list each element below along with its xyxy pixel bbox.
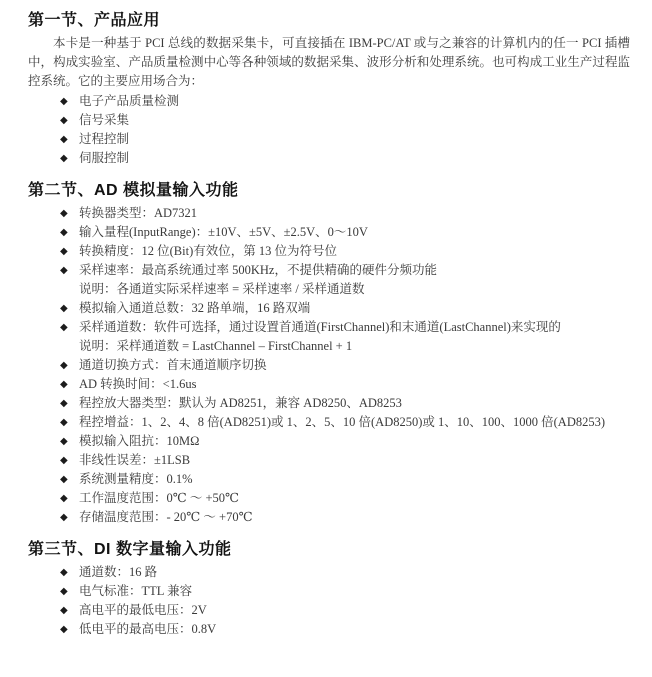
list-item-body: 电气标准：TTL 兼容 [79, 582, 630, 601]
document-section: 第二节、AD 模拟量输入功能 ◆ 转换器类型：AD7321 ◆ 输入量程(Inp… [28, 181, 630, 527]
diamond-bullet-icon: ◆ [60, 299, 79, 318]
list-item-body: 模拟输入阻抗：10MΩ [79, 432, 630, 451]
list-item: ◆ 系统测量精度：0.1% [60, 470, 630, 489]
diamond-bullet-icon: ◆ [60, 508, 79, 527]
list-item-body: 低电平的最高电压：0.8V [79, 620, 630, 639]
diamond-bullet-icon: ◆ [60, 432, 79, 451]
list-item-body: 过程控制 [79, 130, 630, 149]
diamond-bullet-icon: ◆ [60, 111, 79, 130]
list-item-text: 存储温度范围：- 20℃ ～ +70℃ [79, 508, 630, 527]
list-item-text: 过程控制 [79, 130, 630, 149]
list-item-text: 输入量程(InputRange)：±10V、±5V、±2.5V、0～10V [79, 223, 630, 242]
list-item-body: 高电平的最低电压：2V [79, 601, 630, 620]
list-item: ◆ 高电平的最低电压：2V [60, 601, 630, 620]
list-item-text: 信号采集 [79, 111, 630, 130]
list-item: ◆ 非线性误差：±1LSB [60, 451, 630, 470]
list-item-body: 系统测量精度：0.1% [79, 470, 630, 489]
list-item-body: 存储温度范围：- 20℃ ～ +70℃ [79, 508, 630, 527]
list-item-body: 转换精度：12 位(Bit)有效位，第 13 位为符号位 [79, 242, 630, 261]
list-item-body: 信号采集 [79, 111, 630, 130]
list-item-note: 说明：采样通道数 = LastChannel – FirstChannel + … [79, 337, 630, 356]
list-item: ◆ 信号采集 [60, 111, 630, 130]
bullet-list: ◆ 电子产品质量检测 ◆ 信号采集 ◆ 过程控制 ◆ 伺服控制 [28, 92, 630, 168]
diamond-bullet-icon: ◆ [60, 451, 79, 470]
section-intro-paragraph: 本卡是一种基于 PCI 总线的数据采集卡，可直接插在 IBM-PC/AT 或与之… [28, 34, 630, 90]
list-item-text: 工作温度范围：0℃ ～ +50℃ [79, 489, 630, 508]
diamond-bullet-icon: ◆ [60, 470, 79, 489]
list-item-text: 模拟输入阻抗：10MΩ [79, 432, 630, 451]
list-item-text: 通道数：16 路 [79, 563, 630, 582]
list-item-body: 通道切换方式：首末通道顺序切换 [79, 356, 630, 375]
list-item-text: 程控增益：1、2、4、8 倍(AD8251)或 1、2、5、10 倍(AD825… [79, 413, 630, 432]
diamond-bullet-icon: ◆ [60, 620, 79, 639]
document-section: 第三节、DI 数字量输入功能 ◆ 通道数：16 路 ◆ 电气标准：TTL 兼容 … [28, 540, 630, 639]
list-item-body: 非线性误差：±1LSB [79, 451, 630, 470]
list-item-text: 低电平的最高电压：0.8V [79, 620, 630, 639]
diamond-bullet-icon: ◆ [60, 130, 79, 149]
list-item-body: 程控放大器类型：默认为 AD8251，兼容 AD8250、AD8253 [79, 394, 630, 413]
list-item-text: 通道切换方式：首末通道顺序切换 [79, 356, 630, 375]
document-page: 第一节、产品应用 本卡是一种基于 PCI 总线的数据采集卡，可直接插在 IBM-… [0, 0, 652, 639]
list-item-text: 系统测量精度：0.1% [79, 470, 630, 489]
list-item-text: 转换器类型：AD7321 [79, 204, 630, 223]
list-item-body: 通道数：16 路 [79, 563, 630, 582]
list-item-body: 工作温度范围：0℃ ～ +50℃ [79, 489, 630, 508]
diamond-bullet-icon: ◆ [60, 356, 79, 375]
diamond-bullet-icon: ◆ [60, 375, 79, 394]
list-item-body: AD 转换时间：<1.6us [79, 375, 630, 394]
diamond-bullet-icon: ◆ [60, 563, 79, 582]
diamond-bullet-icon: ◆ [60, 149, 79, 168]
list-item-body: 电子产品质量检测 [79, 92, 630, 111]
section-heading: 第二节、AD 模拟量输入功能 [28, 181, 630, 200]
list-item: ◆ 程控放大器类型：默认为 AD8251，兼容 AD8250、AD8253 [60, 394, 630, 413]
list-item-text: 模拟输入通道总数：32 路单端，16 路双端 [79, 299, 630, 318]
list-item-text: AD 转换时间：<1.6us [79, 375, 630, 394]
list-item: ◆ 采样速率：最高系统通过率 500KHz，不提供精确的硬件分频功能 说明：各通… [60, 261, 630, 299]
list-item: ◆ 通道数：16 路 [60, 563, 630, 582]
list-item-text: 采样通道数：软件可选择，通过设置首通道(FirstChannel)和末通道(La… [79, 318, 630, 337]
diamond-bullet-icon: ◆ [60, 92, 79, 111]
list-item-text: 电子产品质量检测 [79, 92, 630, 111]
list-item: ◆ 低电平的最高电压：0.8V [60, 620, 630, 639]
list-item: ◆ 电气标准：TTL 兼容 [60, 582, 630, 601]
list-item: ◆ 过程控制 [60, 130, 630, 149]
list-item-text: 电气标准：TTL 兼容 [79, 582, 630, 601]
list-item-body: 输入量程(InputRange)：±10V、±5V、±2.5V、0～10V [79, 223, 630, 242]
list-item: ◆ 存储温度范围：- 20℃ ～ +70℃ [60, 508, 630, 527]
diamond-bullet-icon: ◆ [60, 394, 79, 413]
list-item: ◆ 转换器类型：AD7321 [60, 204, 630, 223]
list-item: ◆ 转换精度：12 位(Bit)有效位，第 13 位为符号位 [60, 242, 630, 261]
diamond-bullet-icon: ◆ [60, 489, 79, 508]
list-item: ◆ 采样通道数：软件可选择，通过设置首通道(FirstChannel)和末通道(… [60, 318, 630, 356]
list-item-body: 程控增益：1、2、4、8 倍(AD8251)或 1、2、5、10 倍(AD825… [79, 413, 630, 432]
list-item-body: 采样速率：最高系统通过率 500KHz，不提供精确的硬件分频功能 说明：各通道实… [79, 261, 630, 299]
diamond-bullet-icon: ◆ [60, 413, 79, 432]
list-item: ◆ AD 转换时间：<1.6us [60, 375, 630, 394]
list-item-note: 说明：各通道实际采样速率 = 采样速率 / 采样通道数 [79, 280, 630, 299]
list-item-text: 非线性误差：±1LSB [79, 451, 630, 470]
section-heading: 第一节、产品应用 [28, 11, 630, 30]
list-item: ◆ 输入量程(InputRange)：±10V、±5V、±2.5V、0～10V [60, 223, 630, 242]
list-item: ◆ 工作温度范围：0℃ ～ +50℃ [60, 489, 630, 508]
list-item: ◆ 模拟输入阻抗：10MΩ [60, 432, 630, 451]
list-item: ◆ 伺服控制 [60, 149, 630, 168]
bullet-list: ◆ 转换器类型：AD7321 ◆ 输入量程(InputRange)：±10V、±… [28, 204, 630, 527]
diamond-bullet-icon: ◆ [60, 318, 79, 356]
list-item: ◆ 电子产品质量检测 [60, 92, 630, 111]
list-item-text: 转换精度：12 位(Bit)有效位，第 13 位为符号位 [79, 242, 630, 261]
diamond-bullet-icon: ◆ [60, 601, 79, 620]
list-item-body: 转换器类型：AD7321 [79, 204, 630, 223]
diamond-bullet-icon: ◆ [60, 261, 79, 299]
list-item-text: 高电平的最低电压：2V [79, 601, 630, 620]
bullet-list: ◆ 通道数：16 路 ◆ 电气标准：TTL 兼容 ◆ 高电平的最低电压：2V ◆… [28, 563, 630, 639]
list-item-body: 伺服控制 [79, 149, 630, 168]
section-heading: 第三节、DI 数字量输入功能 [28, 540, 630, 559]
list-item: ◆ 模拟输入通道总数：32 路单端，16 路双端 [60, 299, 630, 318]
list-item-text: 采样速率：最高系统通过率 500KHz，不提供精确的硬件分频功能 [79, 261, 630, 280]
list-item: ◆ 程控增益：1、2、4、8 倍(AD8251)或 1、2、5、10 倍(AD8… [60, 413, 630, 432]
list-item-body: 采样通道数：软件可选择，通过设置首通道(FirstChannel)和末通道(La… [79, 318, 630, 356]
diamond-bullet-icon: ◆ [60, 242, 79, 261]
diamond-bullet-icon: ◆ [60, 204, 79, 223]
list-item-body: 模拟输入通道总数：32 路单端，16 路双端 [79, 299, 630, 318]
diamond-bullet-icon: ◆ [60, 223, 79, 242]
list-item-text: 程控放大器类型：默认为 AD8251，兼容 AD8250、AD8253 [79, 394, 630, 413]
list-item-text: 伺服控制 [79, 149, 630, 168]
document-section: 第一节、产品应用 本卡是一种基于 PCI 总线的数据采集卡，可直接插在 IBM-… [28, 11, 630, 168]
diamond-bullet-icon: ◆ [60, 582, 79, 601]
list-item: ◆ 通道切换方式：首末通道顺序切换 [60, 356, 630, 375]
